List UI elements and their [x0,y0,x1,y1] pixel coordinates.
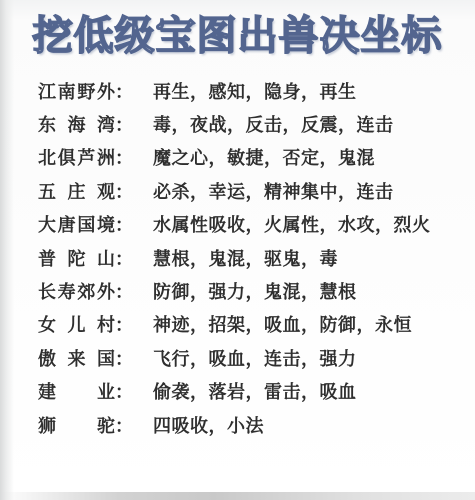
colon: ： [115,144,135,170]
skills-text: 必杀，幸运，精神集中，连击 [153,178,394,204]
location-label: 江南野外 [38,78,115,104]
colon: ： [115,111,135,137]
skills-text: 再生，感知，隐身，再生 [153,78,357,104]
location-label: 北俱芦洲 [38,144,115,170]
colon: ： [115,278,135,304]
colon: ： [115,345,135,371]
colon: ： [115,211,135,237]
location-label: 狮驼 [38,412,115,438]
table-row: 北俱芦洲： 魔之心，敏捷，否定，鬼混 [38,141,475,174]
colon: ： [115,78,135,104]
table-row: 长寿郊外： 防御，强力，鬼混，慧根 [38,274,475,307]
skills-text: 飞行，吸血，连击，强力 [153,345,357,371]
colon: ： [115,378,135,404]
skills-text: 水属性吸收，火属性，水攻，烈火 [153,211,431,237]
table-row: 东海湾： 毒，夜战，反击，反震，连击 [38,107,475,140]
skills-text: 四吸收，小法 [153,412,264,438]
location-label: 大唐国境 [38,211,115,237]
table-row: 五庄观： 必杀，幸运，精神集中，连击 [38,174,475,207]
colon: ： [115,311,135,337]
table-row: 江南野外： 再生，感知，隐身，再生 [38,74,475,107]
skills-text: 魔之心，敏捷，否定，鬼混 [153,144,375,170]
table-row: 大唐国境： 水属性吸收，火属性，水攻，烈火 [38,208,475,241]
location-label: 东海湾 [38,111,115,137]
document-page: 挖低级宝图出兽决坐标 江南野外： 再生，感知，隐身，再生 东海湾： 毒，夜战，反… [0,0,475,500]
skills-text: 毒，夜战，反击，反震，连击 [153,111,394,137]
table-row: 普陀山： 慧根，鬼混，驱鬼，毒 [38,241,475,274]
table-row: 傲来国： 飞行，吸血，连击，强力 [38,341,475,374]
location-label: 建业 [38,378,115,404]
colon: ： [115,178,135,204]
colon: ： [115,412,135,438]
skills-text: 慧根，鬼混，驱鬼，毒 [153,245,338,271]
colon: ： [115,245,135,271]
table-row: 女儿村： 神迹，招架，吸血，防御，永恒 [38,308,475,341]
table-row: 建业： 偷袭，落岩，雷击，吸血 [38,375,475,408]
skills-text: 偷袭，落岩，雷击，吸血 [153,378,357,404]
location-skill-list: 江南野外： 再生，感知，隐身，再生 东海湾： 毒，夜战，反击，反震，连击 北俱芦… [0,74,475,441]
location-label: 普陀山 [38,245,115,271]
skills-text: 防御，强力，鬼混，慧根 [153,278,357,304]
location-label: 傲来国 [38,345,115,371]
skills-text: 神迹，招架，吸血，防御，永恒 [153,311,412,337]
page-title: 挖低级宝图出兽决坐标 [0,0,475,59]
location-label: 女儿村 [38,311,115,337]
table-row: 狮驼： 四吸收，小法 [38,408,475,441]
location-label: 五庄观 [38,178,115,204]
location-label: 长寿郊外 [38,278,115,304]
